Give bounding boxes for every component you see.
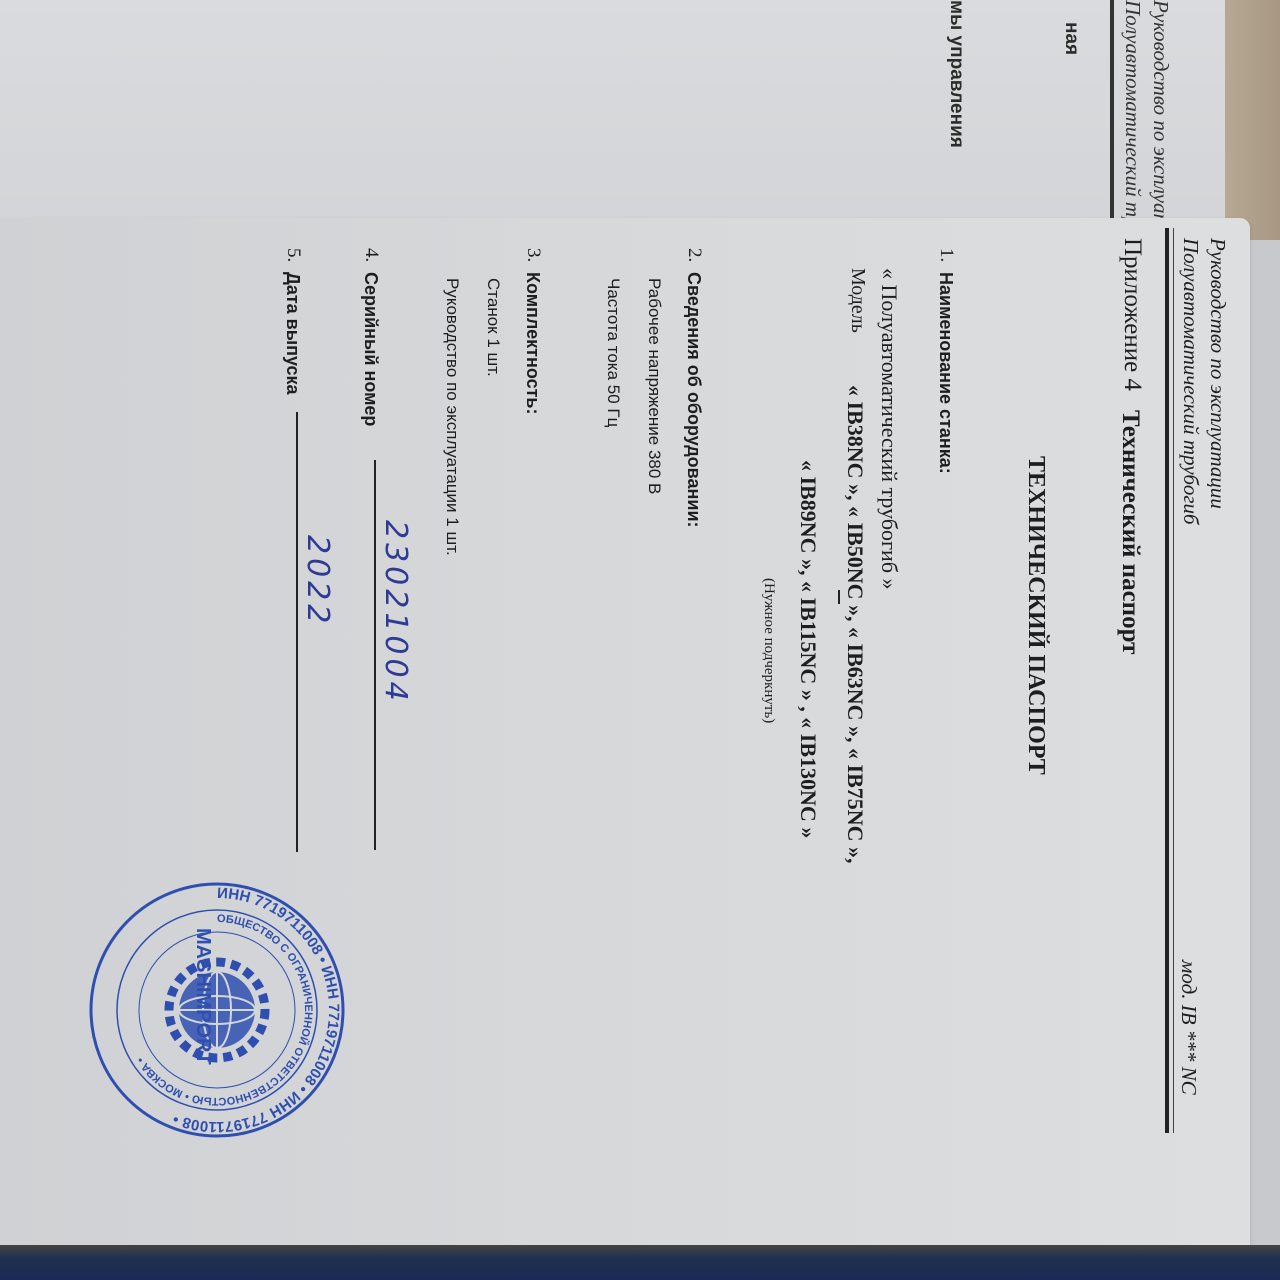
- underlying-header-rule: [1110, 0, 1114, 235]
- section-number: 4.: [360, 248, 382, 262]
- section-number: 3.: [522, 248, 544, 262]
- models-list-line2: « IB89NC », « IB115NC » , « IB130NC »: [795, 460, 821, 838]
- equipment-frequency: Частота тока 50 Гц: [603, 278, 623, 427]
- section-heading: Сведения об оборудовании:: [683, 272, 704, 528]
- underline-note: (Нужное подчеркнуть): [760, 578, 777, 723]
- section-number: 5.: [282, 248, 304, 262]
- serial-number-line: [374, 460, 376, 850]
- section-heading: Комплектность:: [522, 272, 543, 414]
- models-list-line1: « IB38NC », « IB50NC », « IB63NC », « IB…: [842, 385, 868, 864]
- serial-number-value: 23021004: [378, 520, 413, 705]
- release-date-line: [296, 412, 298, 852]
- section-heading: Наименование станка:: [935, 272, 956, 474]
- model-label: Модель: [846, 268, 869, 333]
- release-date-value: 2022: [300, 535, 335, 627]
- kit-item: Руководство по эксплуатации 1 шт.: [442, 278, 462, 556]
- stamp-logo-text: MASHIMPORT: [192, 928, 214, 1065]
- stamp-globe-gear-icon: [169, 962, 265, 1058]
- underlying-side-text: ная: [1060, 22, 1082, 55]
- header-manual-title: Руководство по эксплуатации: [1205, 238, 1230, 509]
- appendix-title: Технический паспорт: [1116, 410, 1144, 654]
- section-number: 2.: [683, 248, 705, 262]
- table-surface: [1225, 0, 1280, 240]
- header-rule: [1165, 228, 1169, 1133]
- header-product-title: Полуавтоматический трубогиб: [1178, 238, 1203, 525]
- serial-number-label: Серийный номер: [360, 272, 381, 426]
- machine-name: « Полуавтоматический трубогиб »: [876, 268, 902, 590]
- appendix-label: Приложение 4: [1118, 238, 1146, 391]
- underlying-side-text: мы управления: [945, 0, 967, 148]
- header-model-code: мод. IB *** NC: [1176, 960, 1201, 1095]
- header-rule-thin: [1173, 228, 1174, 1133]
- document-title: ТЕХНИЧЕСКИЙ ПАСПОРТ: [1022, 456, 1049, 775]
- release-date-label: Дата выпуска: [282, 272, 303, 395]
- kit-item: Станок 1 шт.: [483, 278, 503, 377]
- selected-model-underline: [838, 590, 840, 604]
- equipment-voltage: Рабочее напряжение 380 В: [644, 278, 664, 494]
- page-bottom-edge: [0, 1245, 1280, 1280]
- underlying-page: [0, 0, 1230, 245]
- company-stamp: ИНН 7719711008 • ИНН 7719711008 • ИНН 77…: [85, 878, 350, 1143]
- section-number: 1.: [935, 248, 957, 262]
